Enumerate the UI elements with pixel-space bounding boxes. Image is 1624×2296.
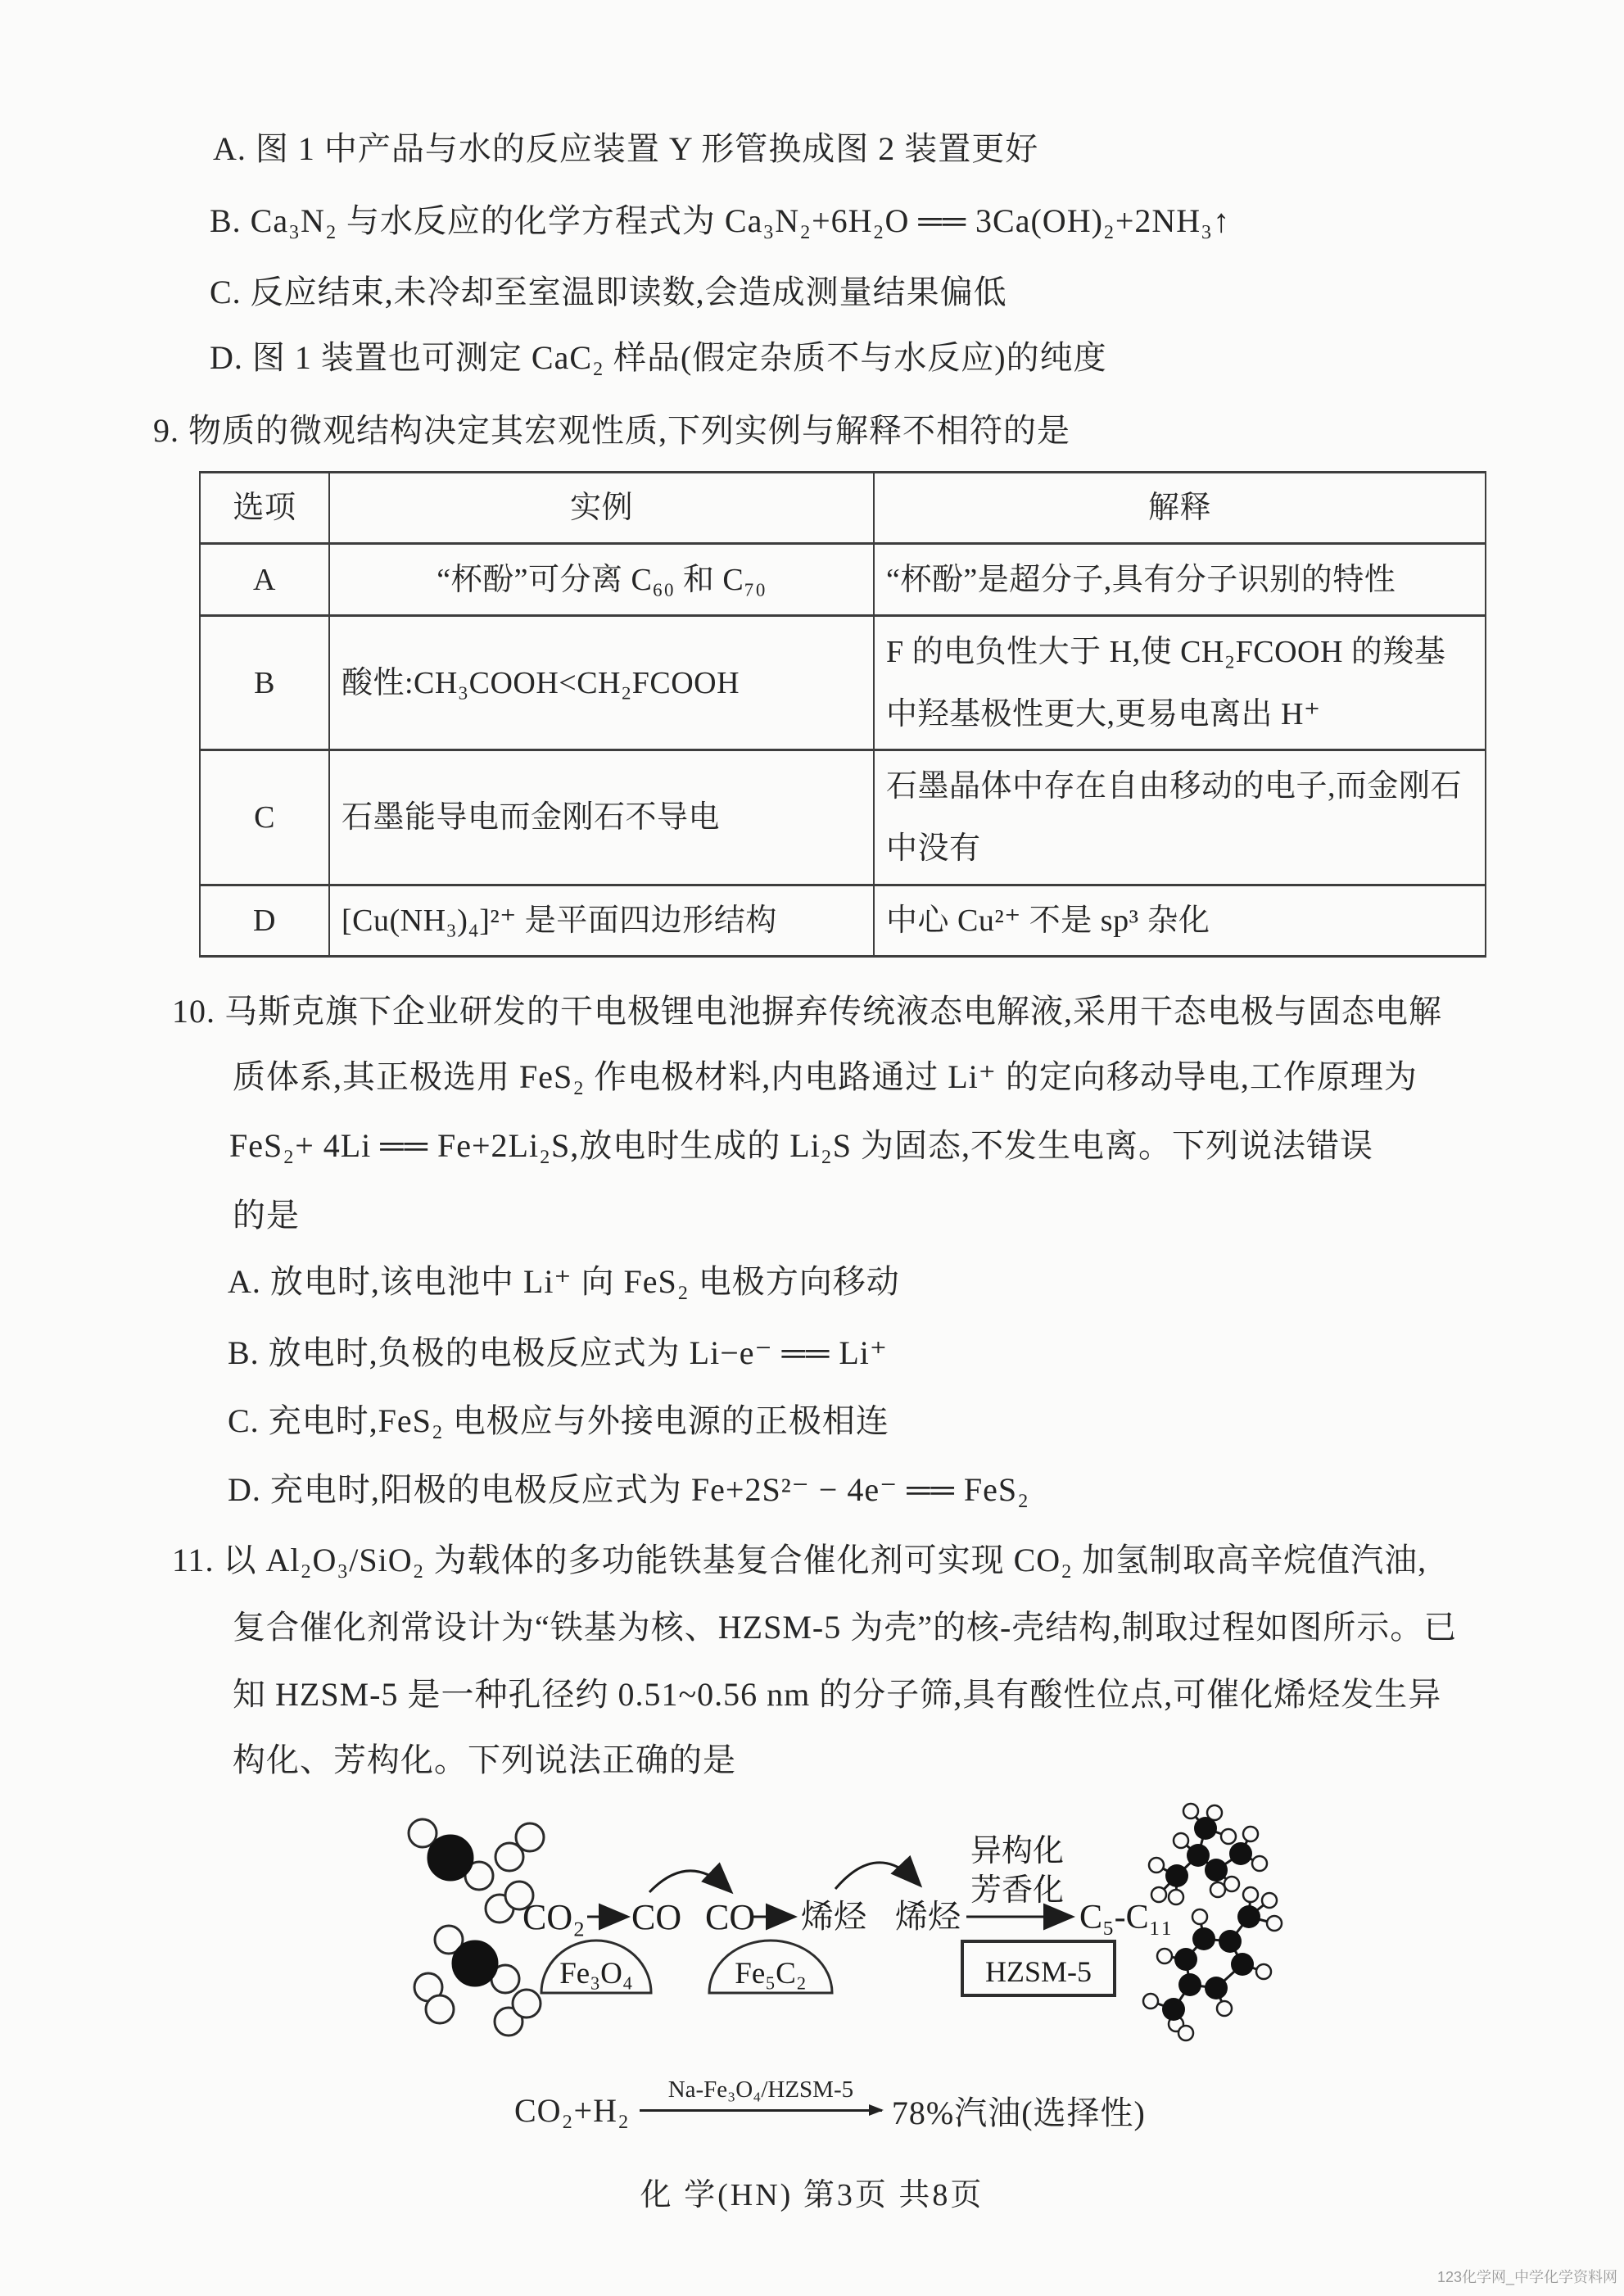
q9-stem: 9. 物质的微观结构决定其宏观性质,下列实例与解释不相符的是	[153, 405, 1070, 451]
q9-row-b-example: 酸性:CH₃COOH<CH₂FCOOH	[329, 616, 874, 750]
q9-row-d-explanation: 中心 Cu²⁺ 不是 sp³ 杂化	[874, 885, 1486, 957]
q11-stem-line: 知 HZSM-5 是一种孔径约 0.51~0.56 nm 的分子筛,具有酸性位点…	[233, 1669, 1441, 1715]
equation-product: 78%汽油(选择性)	[892, 2087, 1146, 2134]
q9-row-c-explanation: 石墨晶体中存在自由移动的电子,而金刚石中没有	[874, 750, 1486, 885]
equation-arrow: Na-Fe₃O₄/HZSM-5	[640, 2109, 882, 2112]
q11-process-diagram: CO₂ CO CO 烯烃 烯烃 异构化 芳香化 C₅-C₁₁ Fe₃O₄ Fe₅…	[311, 1786, 1376, 2105]
arc-arrow-olefin	[835, 1863, 917, 1889]
diagram-olefin-label-2: 烯烃	[895, 1898, 961, 1935]
table-row: B 酸性:CH₃COOH<CH₂FCOOH F 的电负性大于 H,使 CH₂FC…	[200, 616, 1486, 750]
q10-option-c: C. 充电时,FeS₂ 电极应与外接电源的正极相连	[228, 1395, 889, 1442]
table-row: A “杯酚”可分离 C₆₀ 和 C₇₀ “杯酚”是超分子,具有分子识别的特性	[200, 544, 1486, 616]
equation-condition: Na-Fe₃O₄/HZSM-5	[668, 2076, 853, 2104]
q8-option-c: C. 反应结束,未冷却至室温即读数,会造成测量结果偏低	[210, 266, 1007, 313]
q10-option-b: B. 放电时,负极的电极反应式为 Li−e⁻ ══ Li⁺	[228, 1327, 888, 1374]
equation-reactants: CO₂+H₂	[514, 2091, 630, 2130]
q9-row-d-example: [Cu(NH₃)₄]²⁺ 是平面四边形结构	[329, 885, 874, 957]
table-row: C 石墨能导电而金刚石不导电 石墨晶体中存在自由移动的电子,而金刚石中没有	[200, 750, 1486, 885]
diagram-co2-label: CO₂	[522, 1897, 585, 1937]
q9-header-example: 实例	[329, 473, 874, 544]
q9-row-b-explanation: F 的电负性大于 H,使 CH₂FCOOH 的羧基中羟基极性更大,更易电离出 H…	[874, 616, 1486, 750]
zeolite-label: HZSM-5	[985, 1955, 1092, 1988]
q9-row-a-explanation: “杯酚”是超分子,具有分子识别的特性	[874, 544, 1486, 616]
q8-option-d: D. 图 1 装置也可测定 CaC₂ 样品(假定杂质不与水反应)的纯度	[210, 332, 1107, 378]
table-row: D [Cu(NH₃)₄]²⁺ 是平面四边形结构 中心 Cu²⁺ 不是 sp³ 杂…	[200, 885, 1486, 957]
q10-option-a: A. 放电时,该电池中 Li⁺ 向 FeS₂ 电极方向移动	[228, 1256, 900, 1302]
arrow-line	[640, 2109, 882, 2112]
diagram-product-range-label: C₅-C₁₁	[1079, 1899, 1173, 1936]
q9-row-c-example: 石墨能导电而金刚石不导电	[329, 750, 874, 885]
diagram-aromatization-label: 芳香化	[970, 1873, 1064, 1908]
q9-header-option: 选项	[200, 473, 329, 544]
q9-row-b-option: B	[200, 616, 329, 750]
diagram-olefin-label-1: 烯烃	[801, 1898, 867, 1935]
q10-stem-line: FeS₂+ 4Li ══ Fe+2Li₂S,放电时生成的 Li₂S 为固态,不发…	[229, 1120, 1373, 1166]
diagram-co-label-2: CO	[705, 1897, 755, 1937]
q9-header-explanation: 解释	[874, 473, 1486, 544]
page-footer: 化 学(HN) 第3页 共8页	[0, 2169, 1624, 2214]
exam-page: A. 图 1 中产品与水的反应装置 Y 形管换成图 2 装置更好 B. Ca₃N…	[0, 0, 1624, 2296]
iron-oxide-label: Fe₃O₄	[559, 1957, 633, 1990]
q8-option-b: B. Ca₃N₂ 与水反应的化学方程式为 Ca₃N₂+6H₂O ══ 3Ca(O…	[210, 195, 1230, 242]
overall-reaction-equation: CO₂+H₂ Na-Fe₃O₄/HZSM-5 78%汽油(选择性)	[514, 2087, 1146, 2134]
q10-stem-line: 质体系,其正极选用 FeS₂ 作电极材料,内电路通过 Li⁺ 的定向移动导电,工…	[233, 1051, 1418, 1098]
diagram-co-label-1: CO	[631, 1897, 681, 1937]
q10-stem-line: 的是	[233, 1189, 300, 1236]
q9-row-a-option: A	[200, 544, 329, 616]
q11-stem-line: 复合催化剂常设计为“铁基为核、HZSM-5 为壳”的核-壳结构,制取过程如图所示…	[233, 1601, 1457, 1648]
q8-option-a: A. 图 1 中产品与水的反应装置 Y 形管换成图 2 装置更好	[213, 123, 1038, 170]
q9-row-d-option: D	[200, 885, 329, 957]
q9-table-header-row: 选项 实例 解释	[200, 473, 1486, 544]
q10-stem-line: 10. 马斯克旗下企业研发的干电极锂电池摒弃传统液态电解液,采用干态电极与固态电…	[172, 985, 1442, 1032]
q10-option-d: D. 充电时,阳极的电极反应式为 Fe+2S²⁻ − 4e⁻ ══ FeS₂	[228, 1464, 1029, 1510]
arc-arrow-co	[649, 1871, 728, 1892]
iron-carbide-label: Fe₅C₂	[735, 1957, 806, 1990]
diagram-isomerization-label: 异构化	[970, 1834, 1064, 1868]
q9-row-c-option: C	[200, 750, 329, 885]
q9-row-a-example: “杯酚”可分离 C₆₀ 和 C₇₀	[329, 544, 874, 616]
q11-stem-line: 11. 以 Al₂O₃/SiO₂ 为载体的多功能铁基复合催化剂可实现 CO₂ 加…	[172, 1534, 1427, 1581]
watermark: 123化学网_中学化学资料网	[1437, 2266, 1617, 2287]
q9-table: 选项 实例 解释 A “杯酚”可分离 C₆₀ 和 C₇₀ “杯酚”是超分子,具有…	[199, 471, 1486, 958]
q11-stem-line: 构化、芳构化。下列说法正确的是	[233, 1734, 736, 1781]
